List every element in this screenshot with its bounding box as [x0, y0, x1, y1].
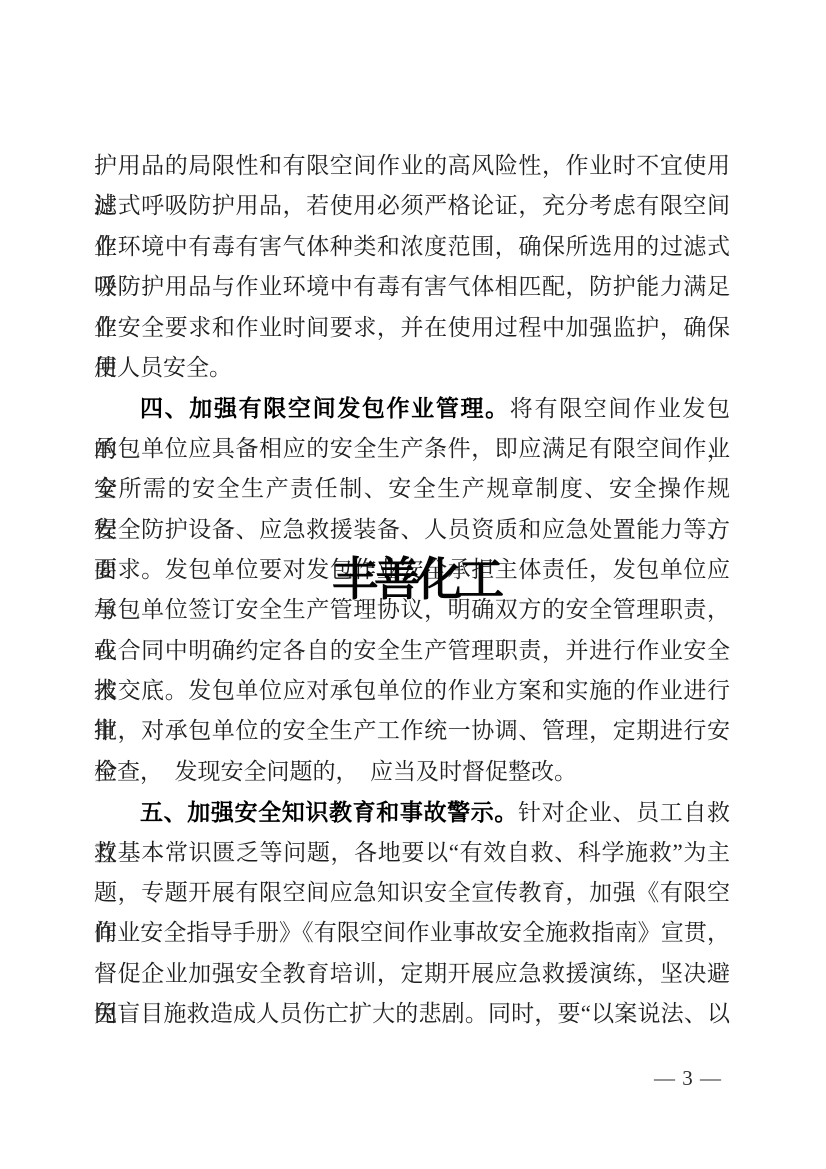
- section-heading: 四、加强有限空间发包作业管理。: [140, 395, 510, 421]
- text-line: 五、加强安全知识教育和事故警示。针对企业、员工自救互: [94, 792, 730, 832]
- text-line: 全所需的安全生产责任制、安全生产规章制度、安全操作规程、: [94, 469, 730, 509]
- text-line: 业安全要求和作业时间要求，并在使用过程中加强监护，确保使: [94, 308, 730, 348]
- text-line: 承包单位应具备相应的安全生产条件，即应满足有限空间作业安: [94, 429, 730, 469]
- section-heading: 五、加强安全知识教育和事故警示。: [140, 799, 518, 825]
- text-line: 安全防护设备、应急救援装备、人员资质和应急处置能力等方面: [94, 510, 730, 550]
- text-line: 作业安全指导手册》《有限空间作业事故安全施救指南》宣贯，: [94, 913, 730, 953]
- watermark: 丰善化工: [332, 556, 500, 602]
- document-page: 护用品的局限性和有限空间作业的高风险性，作业时不宜使用过滤式呼吸防护用品，若使用…: [0, 0, 826, 1169]
- text-line: 因盲目施救造成人员伤亡扩大的悲剧。同时，要“以案说法、以: [94, 994, 730, 1034]
- text-line: 术交底。发包单位应对承包单位的作业方案和实施的作业进行审: [94, 671, 730, 711]
- text-line: 业环境中有毒有害气体种类和浓度范围，确保所选用的过滤式呼: [94, 227, 730, 267]
- text-line: 救基本常识匮乏等问题，各地要以“有效自救、科学施救”为主: [94, 833, 730, 873]
- text-line: 吸防护用品与作业环境中有毒有害气体相匹配，防护能力满足作: [94, 267, 730, 307]
- text-line: 批，对承包单位的安全生产工作统一协调、管理，定期进行安全: [94, 711, 730, 751]
- text-line: 检查， 发现安全问题的， 应当及时督促整改。: [94, 752, 730, 792]
- text-line: 滤式呼吸防护用品，若使用必须严格论证，充分考虑有限空间作: [94, 186, 730, 226]
- text-line: 题，专题开展有限空间应急知识安全宣传教育，加强《有限空间: [94, 873, 730, 913]
- text-line: 在合同中明确约定各自的安全生产管理职责，并进行作业安全技: [94, 631, 730, 671]
- text-line: 用人员安全。: [94, 348, 730, 388]
- text-line: 督促企业加强安全教育培训，定期开展应急救援演练，坚决避免: [94, 954, 730, 994]
- page-number: — 3 —: [654, 1066, 722, 1091]
- text-line: 护用品的局限性和有限空间作业的高风险性，作业时不宜使用过: [94, 146, 730, 186]
- text-line: 四、加强有限空间发包作业管理。将有限空间作业发包的，: [94, 388, 730, 428]
